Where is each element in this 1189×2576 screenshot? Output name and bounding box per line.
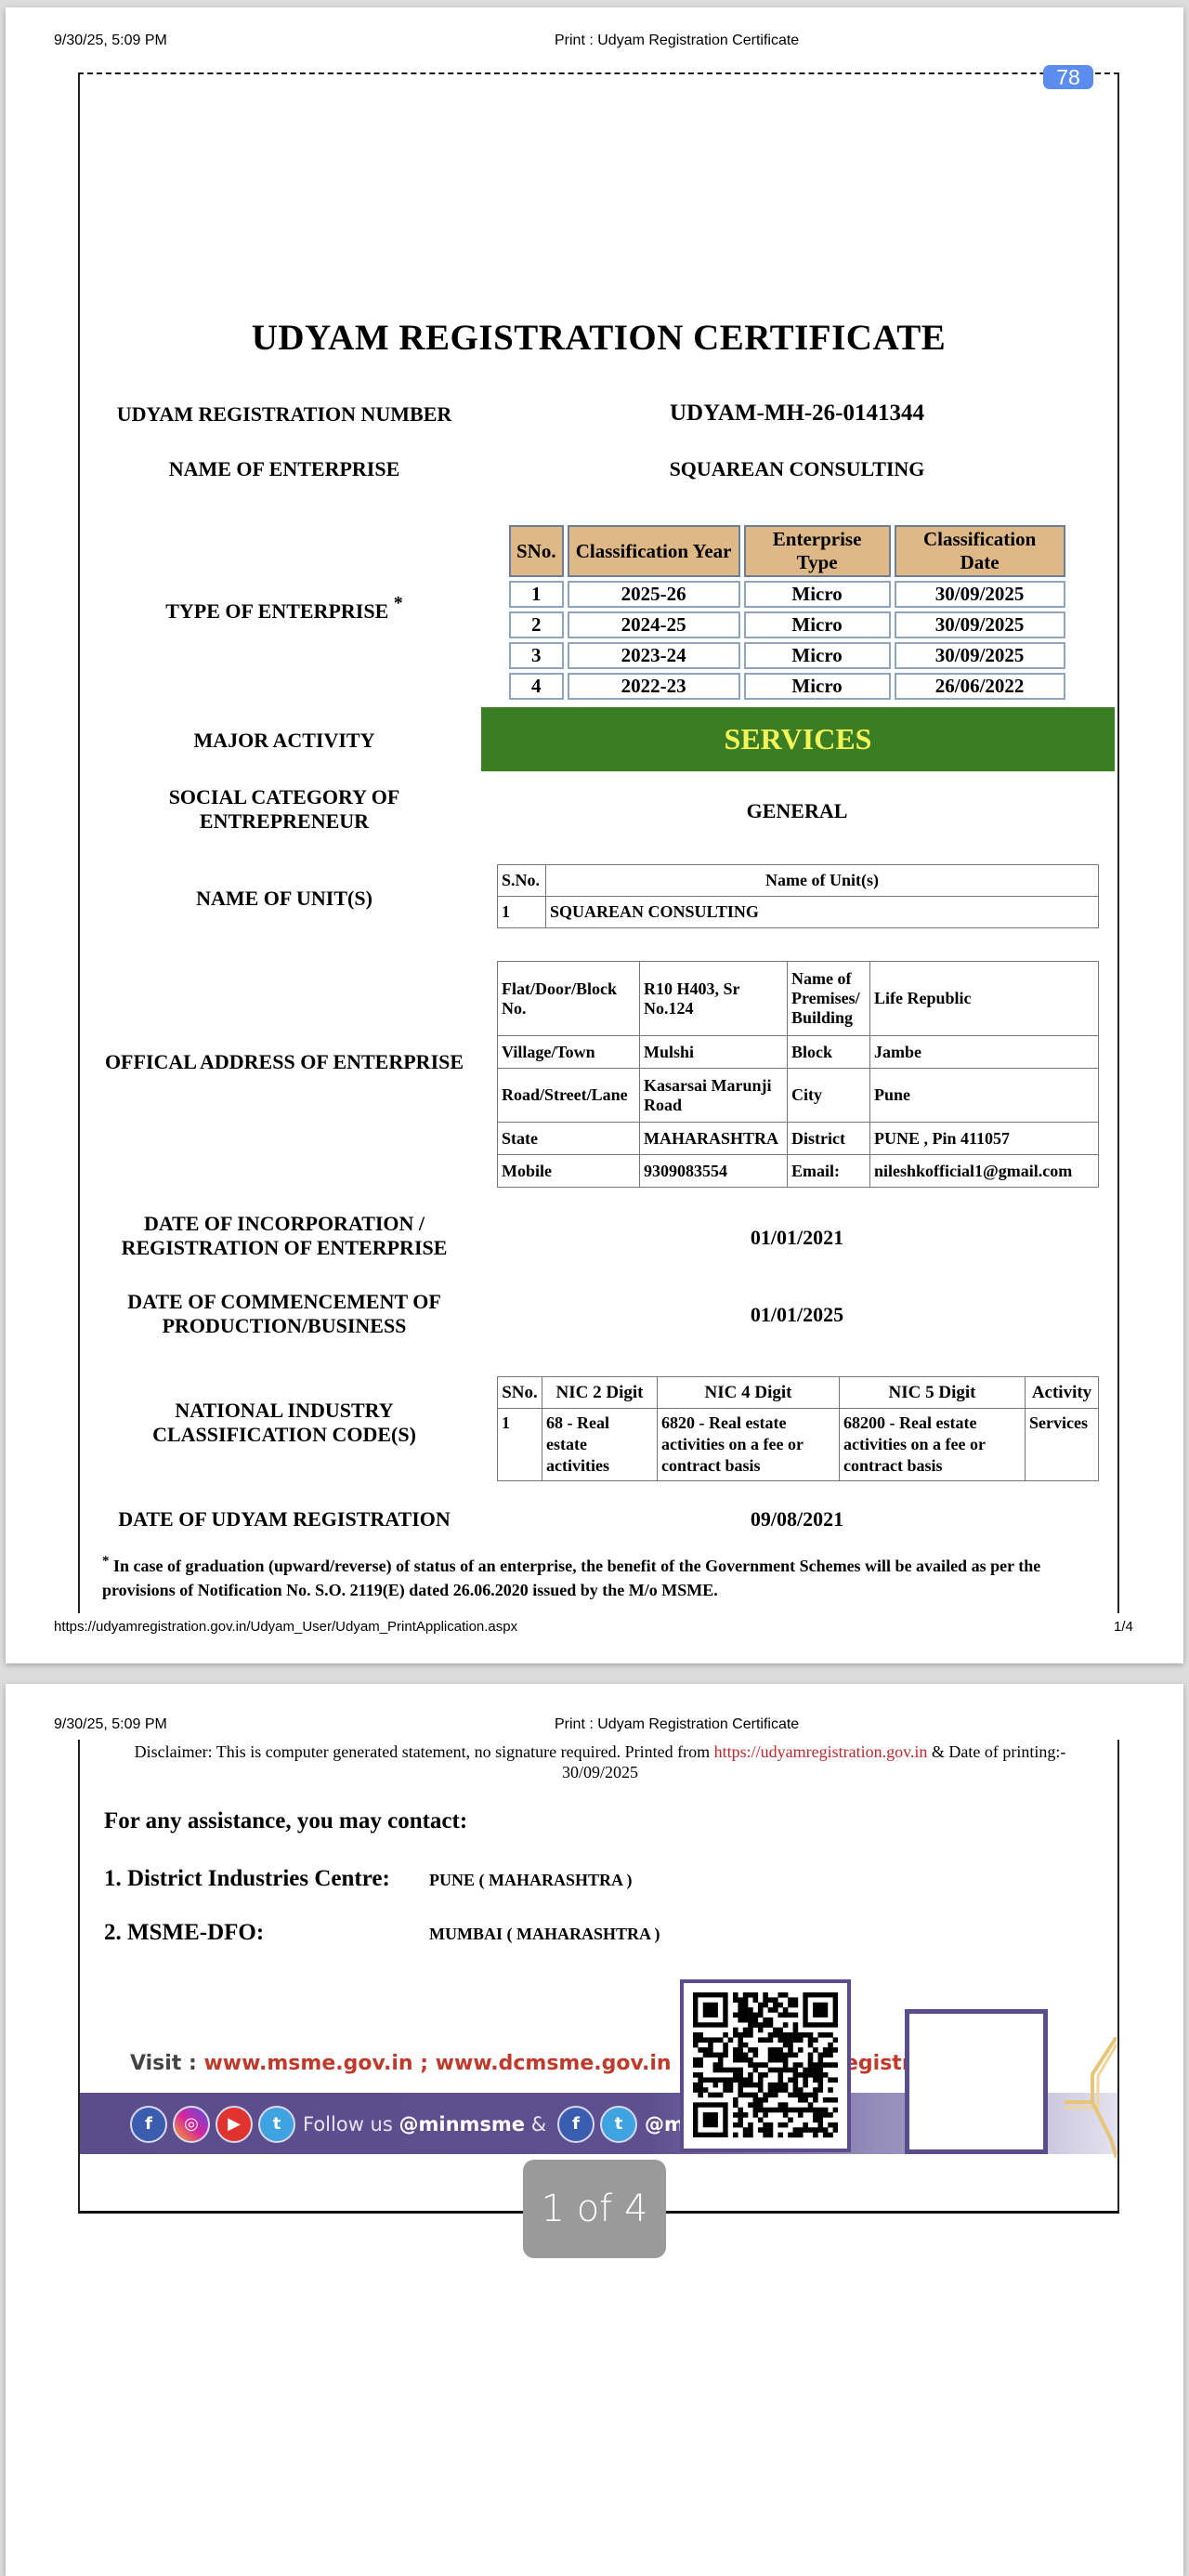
print-header-title: Print : Udyam Registration Certificate [555,33,799,49]
addr-flat-label: Flat/Door/Block No. [498,962,640,1036]
units-header-name: Name of Unit(s) [546,865,1099,897]
addr-mobile-label: Mobile [498,1155,640,1188]
classification-header: Enterprise Type [744,525,891,577]
follow-us-text: Follow us @minmsme & [303,2113,546,2136]
facebook-icon[interactable]: f [130,2106,167,2143]
addr-village-value: Mulshi [640,1036,788,1069]
table-row: 32023-24Micro30/09/2025 [509,642,1065,669]
print-header-title: Print : Udyam Registration Certificate [555,1716,799,1733]
classification-cell: 2023-24 [568,642,740,669]
commencement-label: DATE OF COMMENCEMENT OF PRODUCTION/BUSIN… [98,1290,470,1338]
nic-cell-5digit: 68200 - Real estate activities on a fee … [840,1409,1026,1481]
classification-cell: 2022-23 [568,673,740,700]
units-header-sno: S.No. [498,865,546,897]
contact-dic-value: PUNE ( MAHARASHTRA ) [429,1871,633,1890]
nic-label: NATIONAL INDUSTRY CLASSIFICATION CODE(S) [98,1399,470,1447]
classification-cell: 2024-25 [568,611,740,638]
classification-cell: 30/09/2025 [895,581,1065,608]
assistance-heading: For any assistance, you may contact: [104,1808,467,1834]
certificate-title: UDYAM REGISTRATION CERTIFICATE [78,317,1119,359]
addr-email-label: Email: [788,1155,870,1188]
incorporation-label: DATE OF INCORPORATION / REGISTRATION OF … [98,1212,470,1260]
nic-cell-activity: Services [1026,1409,1099,1481]
contact-msme-dfo-value: MUMBAI ( MAHARASHTRA ) [429,1925,660,1944]
table-row: 12025-26Micro30/09/2025 [509,581,1065,608]
footnote-marker: * [102,1554,110,1569]
nic-header-4digit: NIC 4 Digit [658,1377,840,1409]
disclaimer-prefix: Disclaimer: This is computer generated s… [135,1742,714,1761]
classification-header: Classification Year [568,525,740,577]
addr-city-value: Pune [870,1069,1099,1123]
enterprise-type-label: TYPE OF ENTERPRISE * [98,591,470,624]
commencement-value: 01/01/2025 [481,1303,1113,1327]
addr-block-value: Jambe [870,1036,1099,1069]
nic-header-sno: SNo. [498,1377,542,1409]
nic-header-activity: Activity [1026,1377,1099,1409]
incorporation-value: 01/01/2021 [481,1226,1113,1250]
nic-cell-4digit: 6820 - Real estate activities on a fee o… [658,1409,840,1481]
follow-amp: & [525,2113,546,2136]
addr-district-label: District [788,1123,870,1155]
classification-cell: Micro [744,611,891,638]
reg-number-value: UDYAM-MH-26-0141344 [481,401,1113,427]
twitter-icon[interactable]: t [258,2106,295,2143]
addr-premises-value: Life Republic [870,962,1099,1036]
addr-road-value: Kasarsai Marunji Road [640,1069,788,1123]
udyam-reg-date-value: 09/08/2021 [481,1507,1113,1531]
nic-header-5digit: NIC 5 Digit [840,1377,1026,1409]
nic-cell-sno: 1 [498,1409,542,1481]
classification-cell: 30/09/2025 [895,611,1065,638]
classification-header: SNo. [509,525,564,577]
classification-cell: 3 [509,642,564,669]
classification-cell: 30/09/2025 [895,642,1065,669]
addr-mobile-value: 9309083554 [640,1155,788,1188]
addr-flat-value: R10 H403, Sr No.124 [640,962,788,1036]
udyam-reg-date-label: DATE OF UDYAM REGISTRATION [98,1507,470,1531]
page-indicator: 1 of 4 [523,2160,666,2258]
asterisk-marker: * [394,593,403,613]
social-category-label: SOCIAL CATEGORY OF ENTREPRENEUR [98,785,470,834]
qr-code [680,1979,851,2152]
address-label: OFFICAL ADDRESS OF ENTERPRISE [98,1050,470,1074]
photo-placeholder [905,2009,1048,2154]
addr-district-value: PUNE , Pin 411057 [870,1123,1099,1155]
facebook-icon[interactable]: f [557,2106,594,2143]
classification-cell: 2 [509,611,564,638]
print-header-datetime: 9/30/25, 5:09 PM [54,33,167,49]
enterprise-name-value: SQUAREAN CONSULTING [481,457,1113,481]
instagram-icon[interactable]: ◎ [173,2106,210,2143]
major-activity-value: SERVICES [481,707,1115,771]
qr-code-icon [693,1992,838,2139]
classification-cell: Micro [744,581,891,608]
print-header-datetime: 9/30/25, 5:09 PM [54,1716,167,1733]
nic-header-2digit: NIC 2 Digit [542,1377,658,1409]
follow-handle: @minmsme [399,2113,525,2136]
addr-premises-label: Name of Premises/ Building [788,962,870,1036]
addr-city-label: City [788,1069,870,1123]
classification-cell: 1 [509,581,564,608]
nic-table: SNo. NIC 2 Digit NIC 4 Digit NIC 5 Digit… [497,1376,1099,1481]
address-table: Flat/Door/Block No. R10 H403, Sr No.124 … [497,961,1099,1188]
print-page-2: 9/30/25, 5:09 PM Print : Udyam Registrat… [6,1684,1183,2576]
classification-table: SNo.Classification YearEnterprise TypeCl… [505,521,1069,703]
footnote-text: In case of graduation (upward/reverse) o… [102,1557,1040,1599]
print-footer-page: 1/4 [1114,1619,1133,1635]
addr-road-label: Road/Street/Lane [498,1069,640,1123]
major-activity-label: MAJOR ACTIVITY [98,729,470,753]
classification-header: Classification Date [895,525,1065,577]
units-label: NAME OF UNIT(S) [98,887,470,911]
addr-block-label: Block [788,1036,870,1069]
classification-cell: 26/06/2022 [895,673,1065,700]
social-category-value: GENERAL [481,799,1113,823]
contact-dic-label: 1. District Industries Centre: [104,1866,390,1892]
units-cell-sno: 1 [498,897,546,928]
print-page-1: 9/30/25, 5:09 PM Print : Udyam Registrat… [6,7,1183,1663]
enterprise-type-label-text: TYPE OF ENTERPRISE [165,599,388,623]
units-table: S.No. Name of Unit(s) 1 SQUAREAN CONSULT… [497,864,1099,928]
classification-cell: Micro [744,673,891,700]
graduation-footnote: * In case of graduation (upward/reverse)… [102,1549,1101,1602]
addr-email-value: nileshkofficial1@gmail.com [870,1155,1099,1188]
contact-msme-dfo-label: 2. MSME-DFO: [104,1920,264,1946]
addr-state-value: MAHARASHTRA [640,1123,788,1155]
disclaimer-link[interactable]: https://udyamregistration.gov.in [714,1742,928,1761]
twitter-icon[interactable]: t [600,2106,637,2143]
print-footer-url: https://udyamregistration.gov.in/Udyam_U… [54,1619,517,1635]
visit-label: Visit : [130,2052,203,2075]
reg-number-label: UDYAM REGISTRATION NUMBER [98,402,470,427]
table-row: 42022-23Micro26/06/2022 [509,673,1065,700]
table-row: 22024-25Micro30/09/2025 [509,611,1065,638]
table-row: 1 68 - Real estate activities 6820 - Rea… [498,1409,1099,1481]
addr-village-label: Village/Town [498,1036,640,1069]
hexagon-decoration-icon [1065,2037,1117,2158]
addr-state-label: State [498,1123,640,1155]
follow-prefix: Follow us [303,2113,399,2136]
units-cell-name: SQUAREAN CONSULTING [546,897,1099,928]
disclaimer: Disclaimer: This is computer generated s… [98,1741,1102,1782]
enterprise-name-label: NAME OF ENTERPRISE [98,457,470,481]
classification-cell: 2025-26 [568,581,740,608]
table-row: 1 SQUAREAN CONSULTING [498,897,1099,928]
classification-cell: Micro [744,642,891,669]
nic-cell-2digit: 68 - Real estate activities [542,1409,658,1481]
classification-cell: 4 [509,673,564,700]
youtube-icon[interactable]: ▶ [216,2106,253,2143]
annotation-badge: 78 [1043,65,1093,89]
